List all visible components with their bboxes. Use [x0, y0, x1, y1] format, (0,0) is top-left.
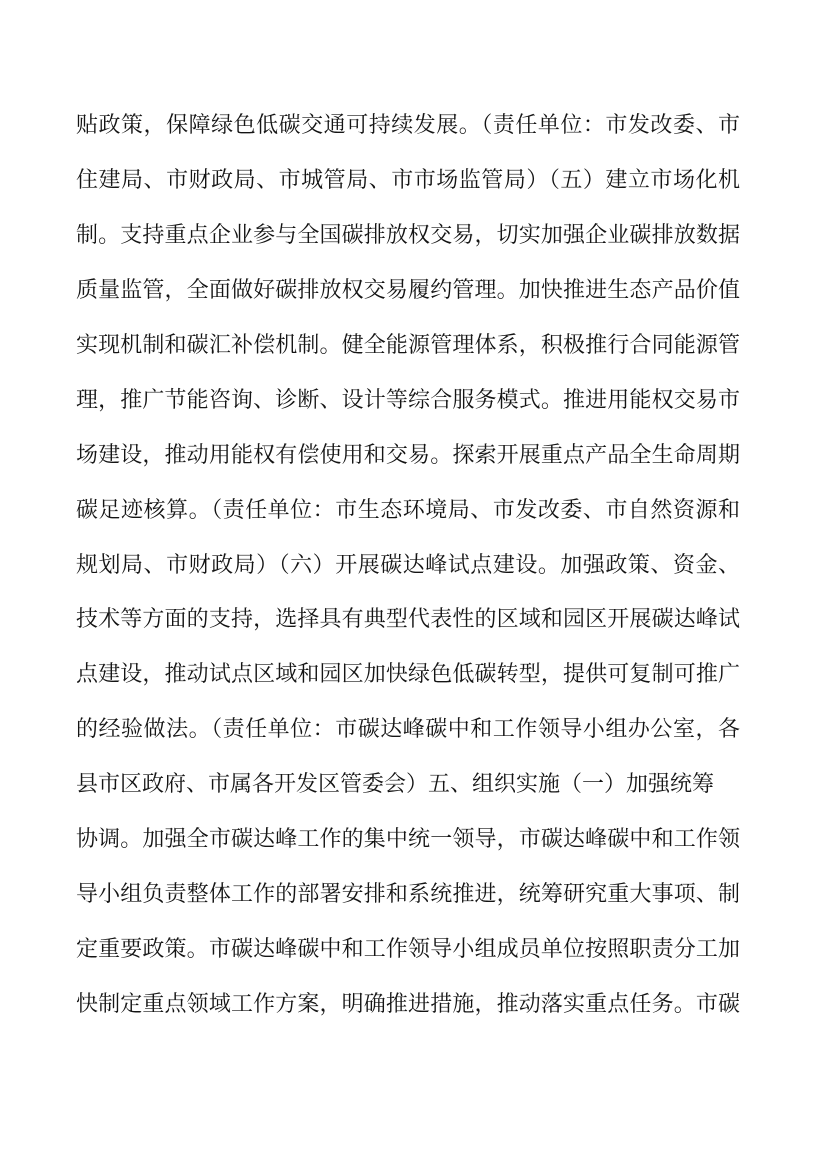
text-line: 质量监管，全面做好碳排放权交易履约管理。加快推进生态产品价值: [76, 264, 740, 319]
text-line: 点建设，推动试点区域和园区加快绿色低碳转型，提供可复制可推广: [76, 648, 740, 703]
text-line: 的经验做法。（责任单位：市碳达峰碳中和工作领导小组办公室，各: [76, 703, 740, 758]
text-line: 技术等方面的支持，选择具有典型代表性的区域和园区开展碳达峰试: [76, 593, 740, 648]
text-line: 实现机制和碳汇补偿机制。健全能源管理体系，积极推行合同能源管: [76, 319, 740, 374]
text-line: 场建设，推动用能权有偿使用和交易。探索开展重点产品全生命周期: [76, 429, 740, 484]
text-line: 定重要政策。市碳达峰碳中和工作领导小组成员单位按照职责分工加: [76, 923, 740, 978]
document-page: 贴政策，保障绿色低碳交通可持续发展。（责任单位：市发改委、市 住建局、市财政局、…: [0, 0, 826, 1169]
body-paragraph: 贴政策，保障绿色低碳交通可持续发展。（责任单位：市发改委、市 住建局、市财政局、…: [76, 99, 740, 1033]
text-line: 规划局、市财政局）（六）开展碳达峰试点建设。加强政策、资金、: [76, 539, 740, 594]
text-line: 县市区政府、市属各开发区管委会）五、组织实施（一）加强统筹: [76, 758, 740, 813]
text-line: 快制定重点领域工作方案，明确推进措施，推动落实重点任务。市碳: [76, 978, 740, 1033]
text-line: 贴政策，保障绿色低碳交通可持续发展。（责任单位：市发改委、市: [76, 99, 740, 154]
text-line: 导小组负责整体工作的部署安排和系统推进，统筹研究重大事项、制: [76, 868, 740, 923]
text-line: 住建局、市财政局、市城管局、市市场监管局）（五）建立市场化机: [76, 154, 740, 209]
text-line: 制。支持重点企业参与全国碳排放权交易，切实加强企业碳排放数据: [76, 209, 740, 264]
text-line: 理，推广节能咨询、诊断、设计等综合服务模式。推进用能权交易市: [76, 374, 740, 429]
text-line: 协调。加强全市碳达峰工作的集中统一领导，市碳达峰碳中和工作领: [76, 813, 740, 868]
text-line: 碳足迹核算。（责任单位：市生态环境局、市发改委、市自然资源和: [76, 484, 740, 539]
